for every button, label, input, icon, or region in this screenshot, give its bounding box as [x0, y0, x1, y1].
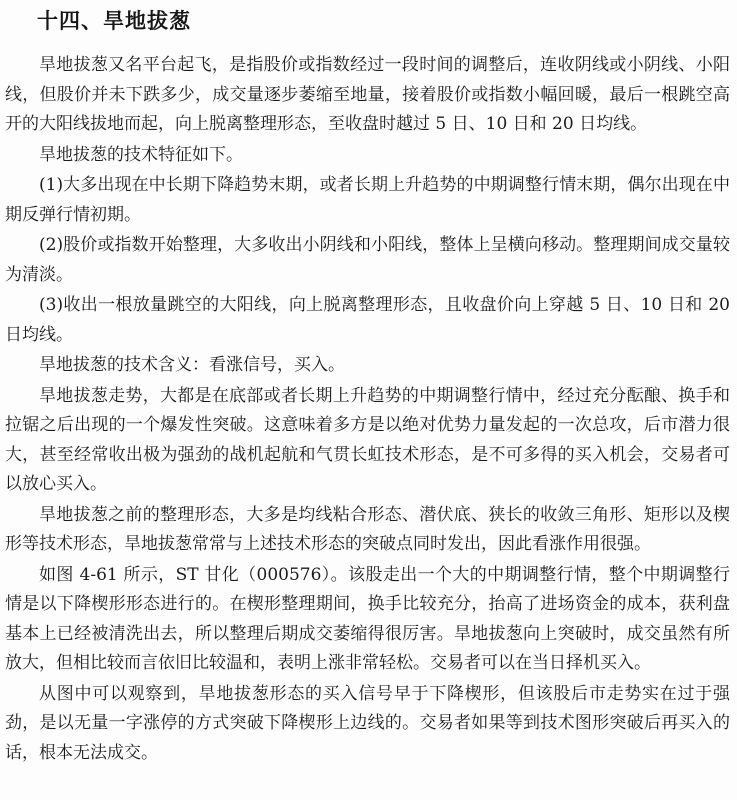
body-text: 旱地拔葱又名平台起飞，是指股价或指数经过一段时间的调整后，连收阴线或小阴线、小阳… — [5, 51, 730, 768]
paragraph-feature-2: (2)股价或指数开始整理，大多收出小阴线和小阳线，整体上呈横向移动。整理期间成交… — [5, 231, 730, 290]
paragraph-features-lead: 旱地拔葱的技术特征如下。 — [5, 141, 730, 171]
paragraph-observation: 从图中可以观察到，旱地拔葱形态的买入信号早于下降楔形，但该股后市走势实在过于强劲… — [5, 680, 730, 769]
paragraph-analysis-1: 旱地拔葱走势，大都是在底部或者长期上升趋势的中期调整行情中，经过充分酝酿、换手和… — [5, 382, 730, 500]
book-page: 十四、旱地拔葱 旱地拔葱又名平台起飞，是指股价或指数经过一段时间的调整后，连收阴… — [0, 0, 737, 800]
section-title: 十四、旱地拔葱 — [37, 9, 730, 35]
paragraph-feature-3: (3)收出一根放量跳空的大阳线，向上脱离整理形态，且收盘价向上穿越 5 日、10… — [5, 291, 730, 350]
paragraph-intro: 旱地拔葱又名平台起飞，是指股价或指数经过一段时间的调整后，连收阴线或小阴线、小阳… — [5, 51, 730, 140]
paragraph-analysis-2: 旱地拔葱之前的整理形态，大多是均线粘合形态、潜伏底、狭长的收敛三角形、矩形以及楔… — [5, 501, 730, 560]
paragraph-feature-1: (1)大多出现在中长期下降趋势末期，或者长期上升趋势的中期调整行情末期，偶尔出现… — [5, 171, 730, 230]
paragraph-meaning: 旱地拔葱的技术含义：看涨信号，买入。 — [5, 351, 730, 381]
paragraph-example: 如图 4-61 所示，ST 甘化（000576）。该股走出一个大的中期调整行情，… — [5, 561, 730, 679]
